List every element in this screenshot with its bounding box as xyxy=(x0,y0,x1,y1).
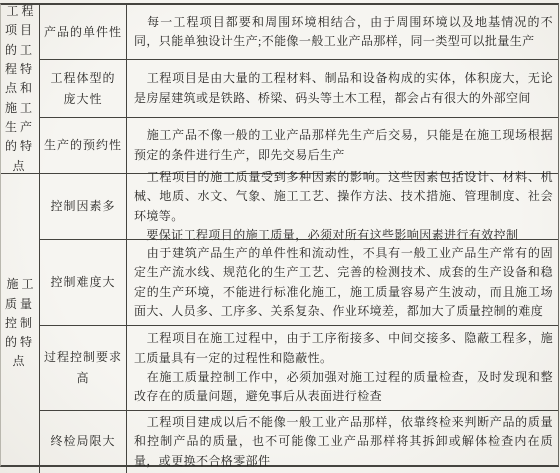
row-label-many-control-factors: 控制因素多 xyxy=(39,173,126,239)
row-desc-many-control-factors: 工程项目的施工质量受到多种因素的影响。这些因素包括设计、材料、机械、地质、水文、… xyxy=(126,173,558,239)
row-desc-high-process-control-requirement: 工程项目在施工过程中，由于工序衔接多、中间交接多、隐蔽工程多，施工质量具有一定的… xyxy=(126,325,558,410)
row-label-high-control-difficulty: 控制难度大 xyxy=(39,239,126,325)
scanned-document-page: 工程 项目 的工 程特 点和 施工 生产 的特 点 施工 质量 控制 的特 点 … xyxy=(0,0,560,473)
row-label-pre-ordered-production: 生产的预约性 xyxy=(39,117,126,173)
row-label-high-process-control-requirement: 过程控制要求 高 xyxy=(39,325,126,410)
row-label-final-inspection-limitation: 终检局限大 xyxy=(39,410,126,473)
row-label-huge-size: 工程体型的 庞大性 xyxy=(39,59,126,117)
group-label-construction-quality-control-features: 施工 质量 控制 的特 点 xyxy=(1,173,39,473)
row-desc-product-uniqueness: 每一工程项目都要和周围环境相结合，由于周围环境以及地基情况的不同，只能单独设计生… xyxy=(126,5,558,59)
row-desc-pre-ordered-production: 施工产品不像一般的工业产品那样先生产后交易，只能是在施工现场根据预定的条件进行生… xyxy=(126,117,558,173)
project-characteristics-table: 工程 项目 的工 程特 点和 施工 生产 的特 点 施工 质量 控制 的特 点 … xyxy=(0,3,559,467)
row-desc-final-inspection-limitation: 工程项目建成以后不能像一般工业产品那样，依靠终检来判断产品的质量和控制产品的质量… xyxy=(126,410,558,473)
row-desc-huge-size: 工程项目是由大量的工程材料、制品和设备构成的实体，体积庞大，无论是房屋建筑或是铁… xyxy=(126,59,558,117)
row-desc-high-control-difficulty: 由于建筑产品生产的单件性和流动性，不具有一般工业产品生产常有的固定生产流水线、规… xyxy=(126,239,558,325)
group-label-project-engineering-features: 工程 项目 的工 程特 点和 施工 生产 的特 点 xyxy=(1,5,39,173)
row-label-product-uniqueness: 产品的单件性 xyxy=(39,5,126,59)
